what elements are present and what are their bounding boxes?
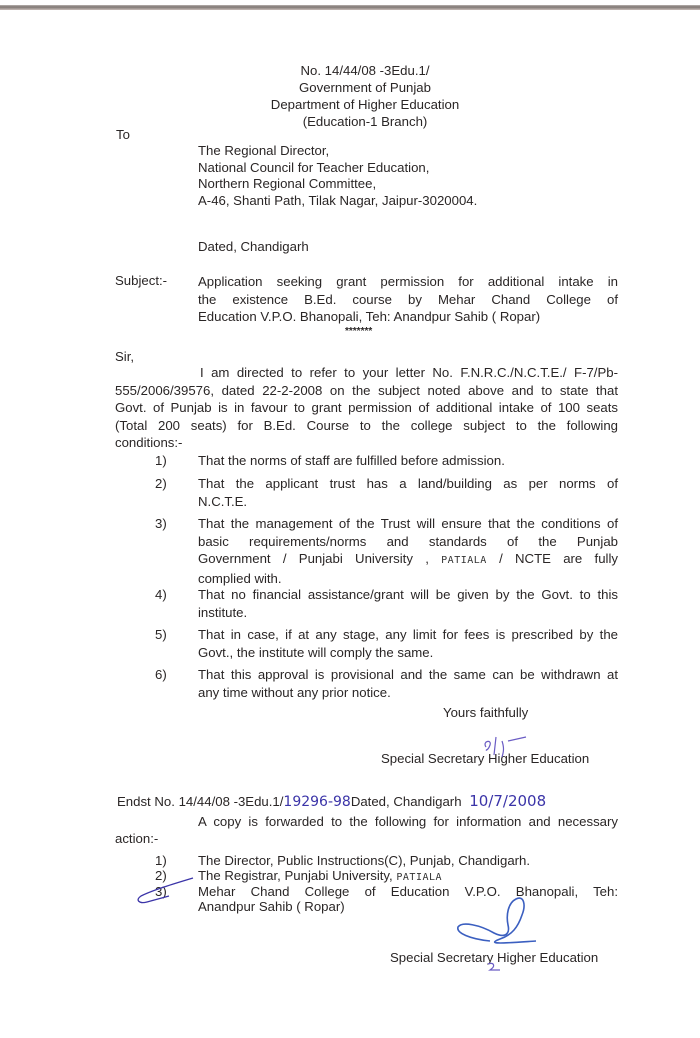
item-text: That no financial assistance/grant will … <box>198 586 618 621</box>
list-item: 1)The Director, Public Instructions(C), … <box>155 853 618 868</box>
item-number: 1) <box>155 452 167 470</box>
closing: Yours faithfully <box>443 705 528 720</box>
item-line: Anandpur Sahib ( Ropar) <box>198 899 618 914</box>
separator: ******* <box>345 326 372 337</box>
subject-label: Subject:- <box>115 273 167 288</box>
subject-line: the existence B.Ed. course by Mehar Chan… <box>198 291 618 309</box>
item-line: The Registrar, Punjabi University, PATIA… <box>198 868 618 885</box>
letter-header: No. 14/44/08 -3Edu.1/ Government of Punj… <box>180 62 550 130</box>
handwritten-mark-icon <box>482 960 512 976</box>
item-line: That no financial assistance/grant will … <box>198 586 618 604</box>
list-item: 2)The Registrar, Punjabi University, PAT… <box>155 868 618 883</box>
list-item: 1)That the norms of staff are fulfilled … <box>155 452 618 470</box>
body-line: Govt. of Punjab is in favour to grant pe… <box>115 399 618 417</box>
item-line: The Director, Public Instructions(C), Pu… <box>198 853 618 868</box>
item-line: institute. <box>198 604 618 622</box>
copy-paragraph: A copy is forwarded to the following for… <box>115 813 618 847</box>
scan-edge <box>0 5 700 10</box>
body-line: I am directed to refer to your letter No… <box>115 364 618 382</box>
body-line: (Total 200 seats) for B.Ed. Course to th… <box>115 417 618 435</box>
salutation: Sir, <box>115 349 134 364</box>
dated-line: Dated, Chandigarh <box>198 239 309 254</box>
item-line: N.C.T.E. <box>198 493 618 511</box>
addressee-line: National Council for Teacher Education, <box>198 160 477 177</box>
item-line: any time without any prior notice. <box>198 684 618 702</box>
addressee-line: Northern Regional Committee, <box>198 176 477 193</box>
item-text: That in case, if at any stage, any limit… <box>198 626 618 661</box>
item-line: basic requirements/norms and standards o… <box>198 533 618 551</box>
item-line: That the management of the Trust will en… <box>198 515 618 533</box>
reference-number: No. 14/44/08 -3Edu.1/ <box>180 62 550 79</box>
endorsement-line: Endst No. 14/44/08 -3Edu.1/19296-98Dated… <box>117 792 546 810</box>
item-line: Mehar Chand College of Education V.P.O. … <box>198 884 618 899</box>
list-item: 6)That this approval is provisional and … <box>155 666 618 701</box>
item-text: That the norms of staff are fulfilled be… <box>198 452 618 470</box>
item-text: That the management of the Trust will en… <box>198 515 618 587</box>
endorsement-prefix: Endst No. 14/44/08 -3Edu.1/ <box>117 794 283 809</box>
list-item: 3)That the management of the Trust will … <box>155 515 618 585</box>
item-number: 4) <box>155 586 167 604</box>
item-line: Government / Punjabi University , PATIAL… <box>198 550 618 570</box>
to-label: To <box>116 127 130 142</box>
item-number: 6) <box>155 666 167 684</box>
endorsement-dated: Dated, Chandigarh <box>351 794 462 809</box>
item-text: That the applicant trust has a land/buil… <box>198 475 618 510</box>
item-line: That this approval is provisional and th… <box>198 666 618 684</box>
signature-icon <box>450 895 550 955</box>
body-line: conditions:- <box>115 434 618 452</box>
item-text: Mehar Chand College of Education V.P.O. … <box>198 884 618 914</box>
item-line: complied with. <box>198 570 618 588</box>
list-item: 5)That in case, if at any stage, any lim… <box>155 626 618 661</box>
branch-name: (Education-1 Branch) <box>180 113 550 130</box>
handwritten-text: PATIALA <box>396 872 442 883</box>
item-text: The Director, Public Instructions(C), Pu… <box>198 853 618 868</box>
subject-line: Education V.P.O. Bhanopali, Teh: Anandpu… <box>198 308 618 326</box>
body-line: 555/2006/39576, dated 22-2-2008 on the s… <box>115 382 618 400</box>
handwritten-date: 10/7/2008 <box>469 792 546 810</box>
item-number: 5) <box>155 626 167 644</box>
item-text: The Registrar, Punjabi University, PATIA… <box>198 868 618 885</box>
addressee-line: The Regional Director, <box>198 143 477 160</box>
copy-line: A copy is forwarded to the following for… <box>115 813 618 830</box>
item-line: That the norms of staff are fulfilled be… <box>198 452 618 470</box>
strike-mark-icon <box>133 876 203 906</box>
subject-text: Application seeking grant permission for… <box>198 273 618 326</box>
item-number: 3) <box>155 515 167 533</box>
item-number: 2) <box>155 475 167 493</box>
government-name: Government of Punjab <box>180 79 550 96</box>
item-number: 1) <box>155 853 167 868</box>
handwritten-text: PATIALA <box>441 555 487 566</box>
copy-line: action:- <box>115 830 618 847</box>
handwritten-endorsement-number: 19296-98 <box>283 794 350 810</box>
addressee-block: The Regional Director, National Council … <box>198 143 477 209</box>
list-item: 2)That the applicant trust has a land/bu… <box>155 475 618 510</box>
list-item: 4)That no financial assistance/grant wil… <box>155 586 618 621</box>
item-text: That this approval is provisional and th… <box>198 666 618 701</box>
subject-line: Application seeking grant permission for… <box>198 273 618 291</box>
department-name: Department of Higher Education <box>180 96 550 113</box>
body-paragraph: I am directed to refer to your letter No… <box>115 364 618 452</box>
item-line: Govt., the institute will comply the sam… <box>198 644 618 662</box>
addressee-line: A-46, Shanti Path, Tilak Nagar, Jaipur-3… <box>198 193 477 210</box>
item-line: That in case, if at any stage, any limit… <box>198 626 618 644</box>
item-line: That the applicant trust has a land/buil… <box>198 475 618 493</box>
initials-signature-icon <box>482 733 532 763</box>
